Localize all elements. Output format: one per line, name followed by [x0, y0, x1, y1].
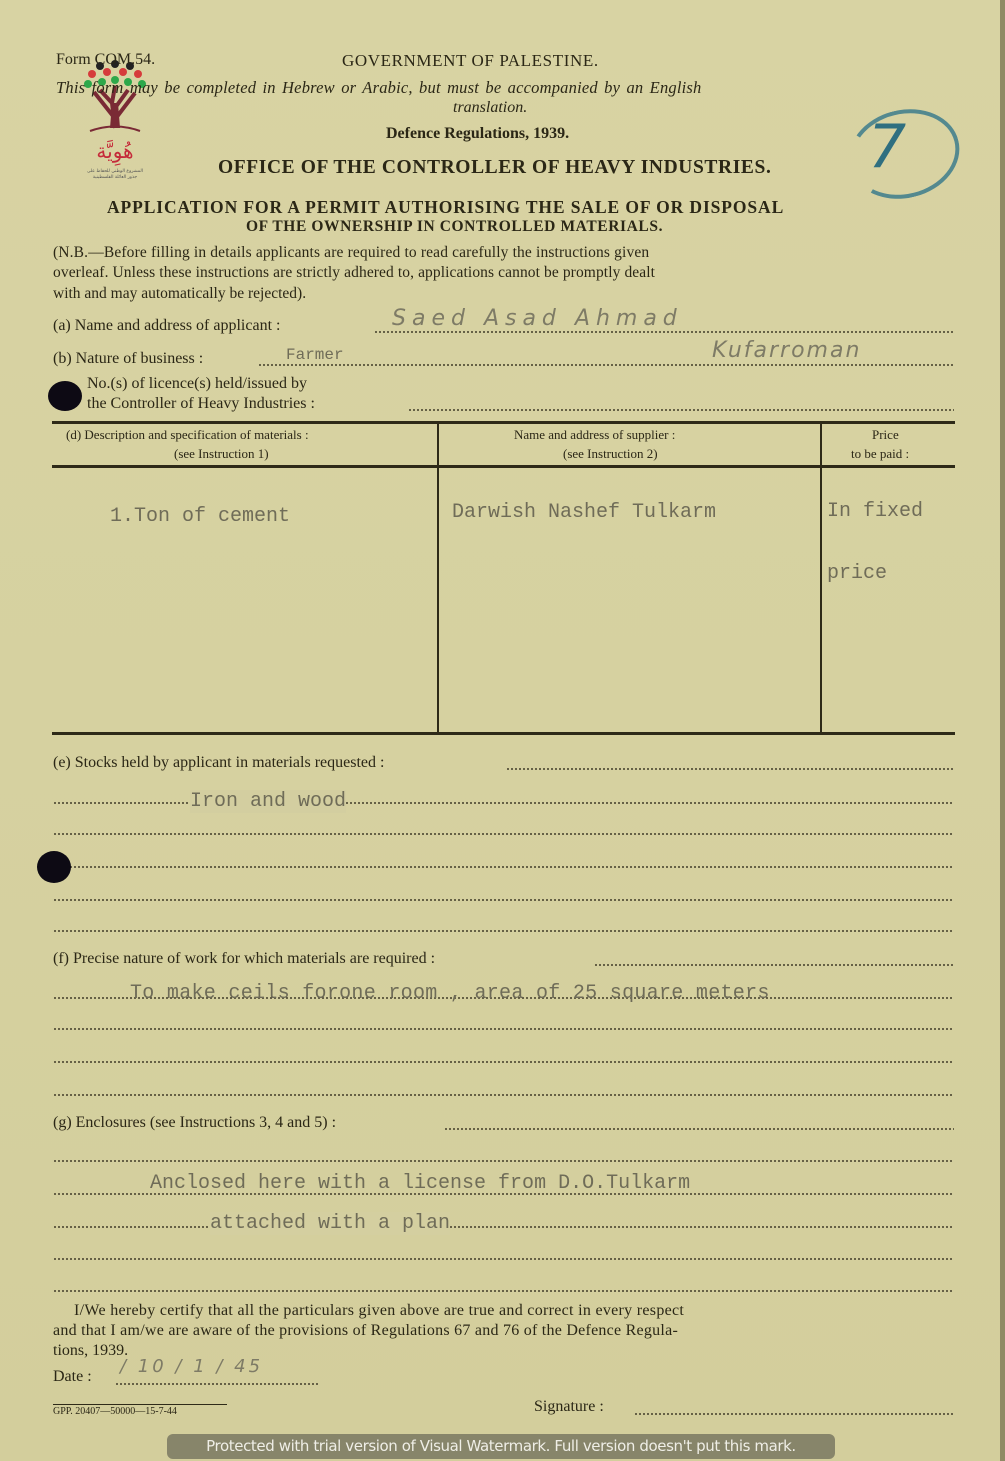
licences-label-line1: No.(s) of licence(s) held/issued by [87, 375, 307, 393]
punch-hole [37, 851, 71, 883]
business-location-value[interactable]: Kufarroman [712, 338, 861, 363]
enclosures-label: (g) Enclosures (see Instructions 3, 4 an… [53, 1114, 336, 1132]
work-value[interactable]: To make ceils forone room , area of 25 s… [130, 982, 770, 1005]
signature-dotted-line [634, 1413, 954, 1415]
work-dotted-line [53, 1094, 954, 1096]
stocks-dotted-line [53, 899, 954, 901]
language-note-line1: This form may be completed in Hebrew or … [56, 78, 702, 98]
page-edge [1000, 0, 1005, 1461]
table-col-divider-2 [820, 421, 822, 734]
nb-line2: overleaf. Unless these instructions are … [53, 264, 655, 282]
nb-line3: with and may automatically be rejected). [53, 285, 306, 303]
language-note-line2: translation. [453, 99, 527, 117]
signature-label: Signature : [534, 1398, 604, 1416]
row-price-line1[interactable]: In fixed [827, 500, 923, 523]
work-label: (f) Precise nature of work for which mat… [53, 950, 435, 968]
stocks-dotted-line [53, 866, 954, 868]
header-supplier-note: (see Instruction 2) [563, 446, 658, 462]
applicant-value[interactable]: Saed Asad Ahmad [392, 306, 683, 331]
title-line1: APPLICATION FOR A PERMIT AUTHORISING THE… [107, 197, 784, 218]
enclosures-dotted-line [53, 1226, 954, 1228]
header-description-note: (see Instruction 1) [174, 446, 269, 462]
stocks-dotted-line [506, 768, 954, 770]
print-code-rule [53, 1404, 227, 1405]
date-value[interactable]: / 10 / 1 / 45 [120, 1356, 263, 1377]
licences-label-line2: the Controller of Heavy Industries : [87, 395, 315, 413]
enclosures-dotted-line [444, 1128, 954, 1130]
business-label: (b) Nature of business : [53, 350, 203, 368]
work-dotted-line [53, 1028, 954, 1030]
row-price-line2[interactable]: price [827, 562, 887, 585]
table-col-divider-1 [437, 421, 439, 734]
header-supplier: Name and address of supplier : [514, 427, 675, 443]
enclosures-dotted-line [53, 1160, 954, 1162]
work-dotted-line [53, 1061, 954, 1063]
header-description: (d) Description and specification of mat… [66, 427, 309, 443]
header-price-note: to be paid : [851, 446, 909, 462]
enclosures-dotted-line [53, 1290, 954, 1292]
stocks-value[interactable]: Iron and wood [190, 790, 346, 813]
tree-icon: هُوِيَّة المشروع الوطني للحفاظ على جذور … [80, 58, 150, 183]
certification-line1: I/We hereby certify that all the particu… [74, 1302, 684, 1320]
office-heading: OFFICE OF THE CONTROLLER OF HEAVY INDUST… [218, 157, 771, 179]
licences-dotted-line [408, 409, 954, 411]
enclosures-value-line1[interactable]: Anclosed here with a license from D.O.Tu… [150, 1172, 690, 1195]
row-description[interactable]: 1.Ton of cement [110, 505, 290, 528]
stocks-dotted-line [53, 930, 954, 932]
applicant-label: (a) Name and address of applicant : [53, 317, 280, 335]
punch-hole [48, 381, 82, 411]
regulations-heading: Defence Regulations, 1939. [386, 125, 569, 143]
svg-text:المشروع الوطني للحفاظ على: المشروع الوطني للحفاظ على [87, 169, 143, 174]
stocks-label: (e) Stocks held by applicant in material… [53, 754, 384, 772]
enclosures-value-line2[interactable]: attached with a plan [210, 1212, 450, 1235]
watermark-banner: Protected with trial version of Visual W… [167, 1434, 835, 1459]
svg-text:هُوِيَّة: هُوِيَّة [96, 139, 133, 166]
nb-line1: (N.B.—Before filling in details applican… [53, 244, 649, 262]
print-code: GPP. 20407—50000—15-7-44 [53, 1406, 177, 1417]
government-heading: GOVERNMENT OF PALESTINE. [342, 51, 599, 71]
header-price: Price [872, 427, 899, 443]
stamp-number: 7 [868, 112, 906, 182]
stocks-dotted-line [53, 802, 954, 804]
date-dotted-line [115, 1383, 320, 1385]
applicant-dotted-line [374, 331, 954, 333]
title-line2: OF THE OWNERSHIP IN CONTROLLED MATERIALS… [246, 218, 663, 236]
form-number: Form COM.54. [56, 51, 155, 69]
stocks-dotted-line [53, 833, 954, 835]
tree-logo: هُوِيَّة المشروع الوطني للحفاظ على جذور … [80, 58, 150, 183]
work-dotted-line [594, 964, 954, 966]
row-supplier[interactable]: Darwish Nashef Tulkarm [452, 501, 716, 524]
business-value[interactable]: Farmer [286, 346, 344, 364]
certification-line2: and that I am/we are aware of the provis… [53, 1322, 678, 1340]
certification-line3: tions, 1939. [53, 1342, 128, 1360]
svg-text:جذور العائلة الفلسطينية: جذور العائلة الفلسطينية [93, 175, 137, 180]
date-label: Date : [53, 1368, 92, 1386]
business-dotted-line [258, 364, 954, 366]
enclosures-dotted-line [53, 1258, 954, 1260]
